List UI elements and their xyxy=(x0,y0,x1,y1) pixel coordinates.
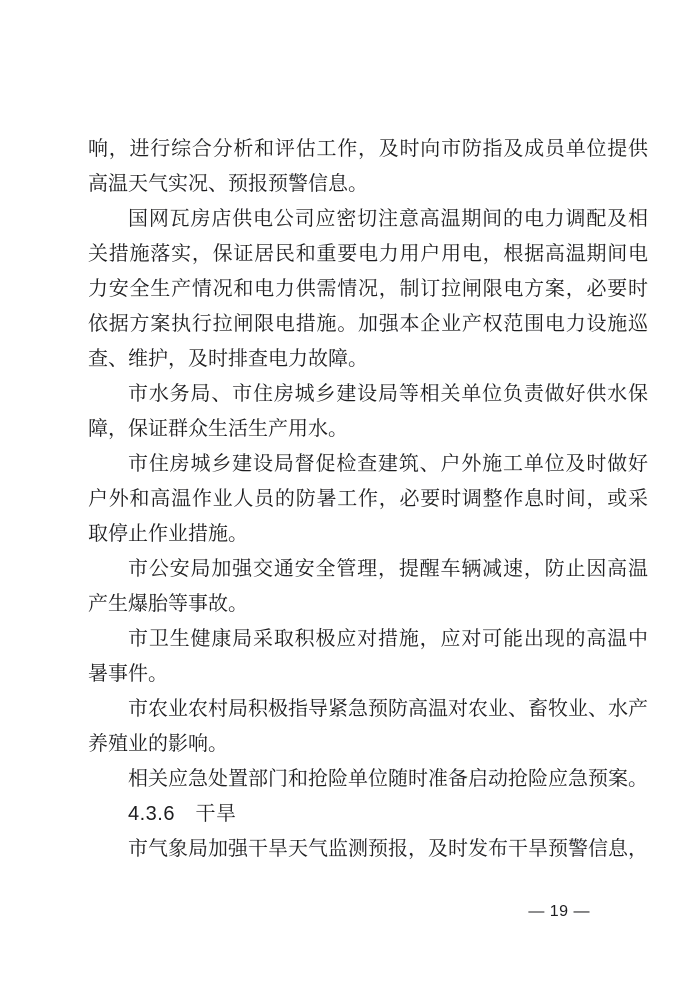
page-number: — 19 — xyxy=(528,902,590,922)
text-line: 查、维护，及时排查电力故障。 xyxy=(88,342,648,377)
text-line: 取停止作业措施。 xyxy=(88,517,648,552)
text-line: 市卫生健康局采取积极应对措施，应对可能出现的高温中 xyxy=(88,622,648,657)
text-line: 市气象局加强干旱天气监测预报，及时发布干旱预警信息， xyxy=(88,832,648,867)
text-line: 市农业农村局积极指导紧急预防高温对农业、畜牧业、水产 xyxy=(88,692,648,727)
text-line: 户外和高温作业人员的防暑工作，必要时调整作息时间，或采 xyxy=(88,482,648,517)
text-line: 市水务局、市住房城乡建设局等相关单位负责做好供水保 xyxy=(88,377,648,412)
text-line: 暑事件。 xyxy=(88,657,648,692)
document-body: 响，进行综合分析和评估工作，及时向市防指及成员单位提供高温天气实况、预报预警信息… xyxy=(88,132,648,867)
text-line: 产生爆胎等事故。 xyxy=(88,587,648,622)
text-line: 障，保证群众生活生产用水。 xyxy=(88,412,648,447)
text-line: 相关应急处置部门和抢险单位随时准备启动抢险应急预案。 xyxy=(88,762,648,797)
text-line: 关措施落实，保证居民和重要电力用户用电，根据高温期间电 xyxy=(88,237,648,272)
document-page: 响，进行综合分析和评估工作，及时向市防指及成员单位提供高温天气实况、预报预警信息… xyxy=(0,0,700,990)
text-line: 养殖业的影响。 xyxy=(88,727,648,762)
text-line: 依据方案执行拉闸限电措施。加强本企业产权范围电力设施巡 xyxy=(88,307,648,342)
text-line: 国网瓦房店供电公司应密切注意高温期间的电力调配及相 xyxy=(88,202,648,237)
text-line: 高温天气实况、预报预警信息。 xyxy=(88,167,648,202)
text-line: 响，进行综合分析和评估工作，及时向市防指及成员单位提供 xyxy=(88,132,648,167)
text-line: 市公安局加强交通安全管理，提醒车辆减速，防止因高温 xyxy=(88,552,648,587)
text-line: 市住房城乡建设局督促检查建筑、户外施工单位及时做好 xyxy=(88,447,648,482)
text-line: 力安全生产情况和电力供需情况，制订拉闸限电方案，必要时 xyxy=(88,272,648,307)
section-heading: 4.3.6 干旱 xyxy=(88,797,648,832)
